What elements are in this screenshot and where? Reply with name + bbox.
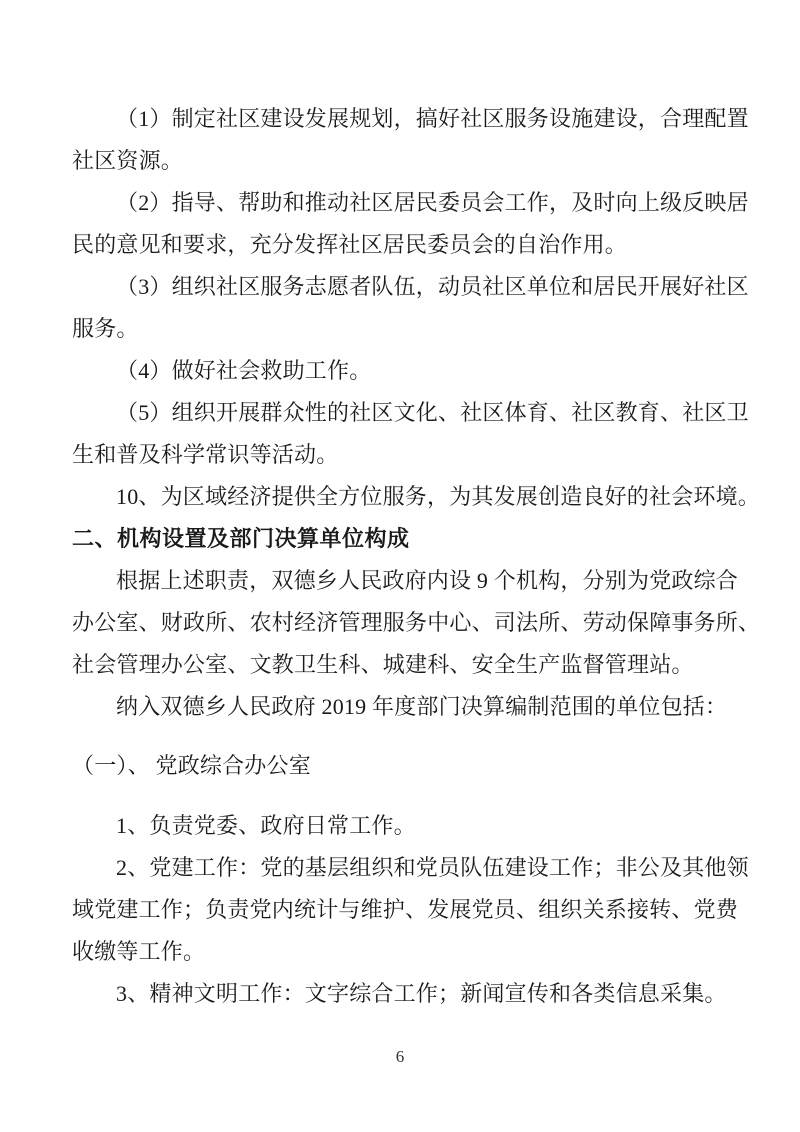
- duty-item-10: 10、为区域经济提供全方位服务，为其发展创造良好的社会环境。: [72, 476, 740, 518]
- text-line: （一）、 党政综合办公室: [72, 753, 311, 778]
- unit-heading-1: （一）、 党政综合办公室: [72, 745, 740, 787]
- text-line: （1）制定社区建设发展规划，搞好社区服务设施建设，合理配置: [116, 106, 749, 131]
- text-line: 生和普及科学常识等活动。: [72, 442, 338, 467]
- text-line: （5）组织开展群众性的社区文化、社区体育、社区教育、社区卫: [116, 400, 749, 425]
- text-line: 域党建工作；负责党内统计与维护、发展党员、组织关系接转、党费: [72, 897, 738, 922]
- organization-overview: 根据上述职责，双德乡人民政府内设 9 个机构，分别为党政综合办公室、财政所、农村…: [72, 560, 740, 686]
- office-duty-1: 1、负责党委、政府日常工作。: [72, 805, 740, 847]
- text-line: 社区资源。: [72, 148, 183, 173]
- duty-sub-item-2: （2）指导、帮助和推动社区居民委员会工作，及时向上级反映居民的意见和要求，充分发…: [72, 182, 740, 266]
- text-line: 办公室、财政所、农村经济管理服务中心、司法所、劳动保障事务所、: [72, 610, 760, 635]
- duty-sub-item-1: （1）制定社区建设发展规划，搞好社区服务设施建设，合理配置社区资源。: [72, 98, 740, 182]
- text-line: （3）组织社区服务志愿者队伍，动员社区单位和居民开展好社区: [116, 274, 749, 299]
- duty-sub-item-5: （5）组织开展群众性的社区文化、社区体育、社区教育、社区卫生和普及科学常识等活动…: [72, 392, 740, 476]
- document-body: （1）制定社区建设发展规划，搞好社区服务设施建设，合理配置社区资源。（2）指导、…: [72, 98, 740, 1015]
- text-line: 2、党建工作：党的基层组织和党员队伍建设工作；非公及其他领: [116, 855, 749, 880]
- text-line: 1、负责党委、政府日常工作。: [116, 813, 416, 838]
- text-line: 收缴等工作。: [72, 939, 205, 964]
- text-line: 二、机构设置及部门决算单位构成: [72, 526, 410, 551]
- section-heading-organization: 二、机构设置及部门决算单位构成: [72, 518, 740, 560]
- page-number: 6: [0, 1046, 800, 1068]
- office-duty-3: 3、精神文明工作：文字综合工作；新闻宣传和各类信息采集。: [72, 973, 740, 1015]
- budget-units-intro: 纳入双德乡人民政府 2019 年度部门决算编制范围的单位包括：: [72, 686, 740, 728]
- text-line: （4）做好社会救助工作。: [116, 358, 371, 383]
- text-line: 民的意见和要求，充分发挥社区居民委员会的自治作用。: [72, 232, 627, 257]
- document-page: （1）制定社区建设发展规划，搞好社区服务设施建设，合理配置社区资源。（2）指导、…: [0, 0, 800, 1132]
- text-line: 纳入双德乡人民政府 2019 年度部门决算编制范围的单位包括：: [116, 694, 727, 719]
- text-line: 10、为区域经济提供全方位服务，为其发展创造良好的社会环境。: [116, 484, 760, 509]
- duty-sub-item-3: （3）组织社区服务志愿者队伍，动员社区单位和居民开展好社区服务。: [72, 266, 740, 350]
- text-line: 服务。: [72, 316, 139, 341]
- duty-sub-item-4: （4）做好社会救助工作。: [72, 350, 740, 392]
- office-duty-2: 2、党建工作：党的基层组织和党员队伍建设工作；非公及其他领域党建工作；负责党内统…: [72, 847, 740, 973]
- text-line: （2）指导、帮助和推动社区居民委员会工作，及时向上级反映居: [116, 190, 749, 215]
- text-line: 3、精神文明工作：文字综合工作；新闻宣传和各类信息采集。: [116, 981, 727, 1006]
- text-line: 社会管理办公室、文教卫生科、城建科、安全生产监督管理站。: [72, 652, 694, 677]
- text-line: 根据上述职责，双德乡人民政府内设 9 个机构，分别为党政综合: [116, 568, 738, 593]
